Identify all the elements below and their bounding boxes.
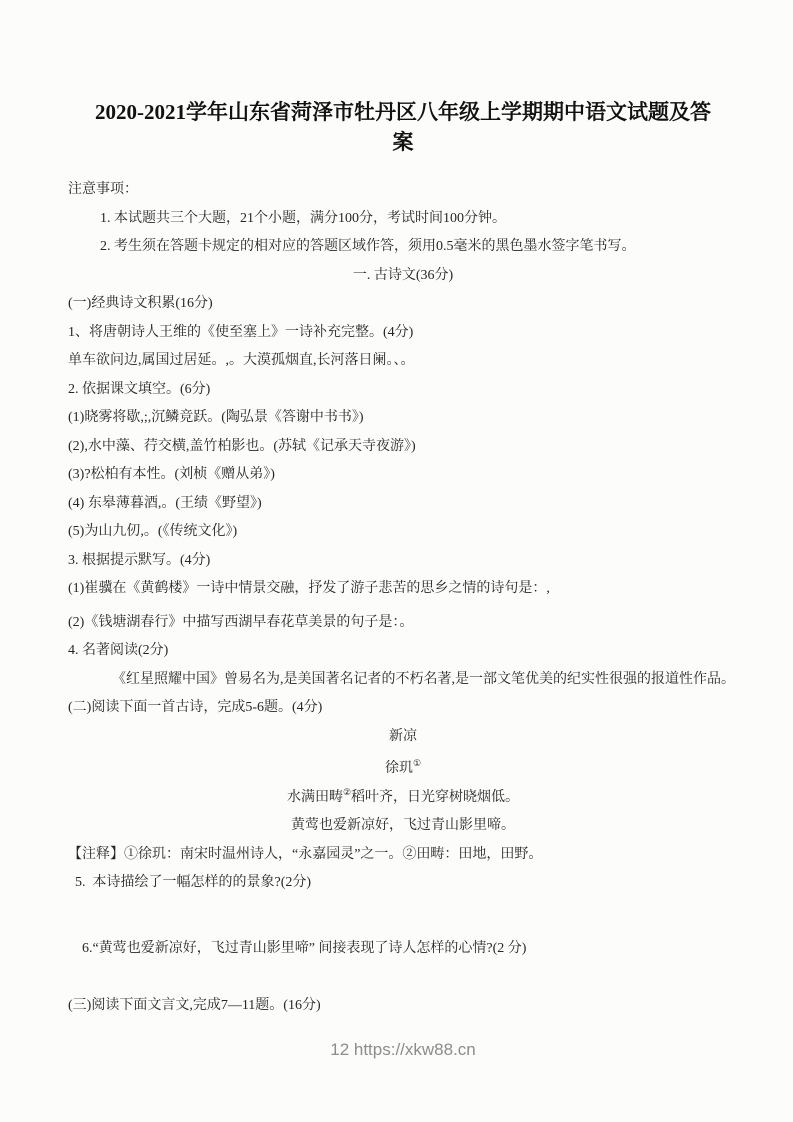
- poem-title: 新凉: [68, 723, 738, 752]
- footer-page-number-url: 12 https://xkw88.cn: [68, 1038, 738, 1062]
- q2-item: (5)为山九仞,。(《传统文化》): [68, 518, 738, 547]
- poem-author-name: 徐玑: [385, 761, 413, 776]
- q3-item: (2)《钱塘湖春行》中描写西湖早春花草美景的句子是：。: [68, 609, 738, 638]
- page-title: 2020-2021学年山东省菏泽市牡丹区八年级上学期期中语文试题及答案: [89, 97, 717, 157]
- q3-stem: 3. 根据提示默写。(4分): [68, 547, 738, 576]
- q2-item: (4) 东皋薄暮酒,。(王绩《野望》): [68, 490, 738, 519]
- notice-heading: 注意事项：: [68, 176, 738, 205]
- poem-line-1-pre: 水满田畴: [287, 790, 343, 805]
- q6-stem: 6.“黄莺也爱新凉好，飞过青山影里啼” 间接表现了诗人怎样的心情?(2 分): [68, 935, 738, 964]
- q4-passage: 《红星照耀中国》曾易名为,是美国著名记者的不朽名著,是一部文笔优美的纪实性很强的…: [62, 666, 738, 695]
- q2-item: (1)晓雾将歇,;,沉鳞竞跃。(陶弘景《答谢中书书》): [68, 404, 738, 433]
- q1-answer-line: 单车欲问边,属国过居延。,。大漠孤烟直,长河落日阑。、。: [68, 347, 738, 376]
- q2-item: (2),水中藻、荇交横,盖竹柏影也。(苏轼《记承天寺夜游》): [68, 433, 738, 462]
- q5-stem: 5. 本诗描绘了一幅怎样的的景象?(2分): [68, 869, 738, 898]
- q1-stem: 1、将唐朝诗人王维的《使至塞上》一诗补充完整。(4分): [68, 319, 738, 348]
- part-one-heading: (一)经典诗文积累(16分): [68, 290, 738, 319]
- part-three-heading: (三)阅读下面文言文,完成7—11题。(16分): [68, 992, 738, 1021]
- q2-item: (3)?松柏有本性。(刘桢《赠从弟》): [68, 461, 738, 490]
- poem-author-note-ref: ①: [413, 758, 421, 768]
- exam-page: 2020-2021学年山东省菏泽市牡丹区八年级上学期期中语文试题及答案 注意事项…: [0, 0, 793, 1122]
- notice-item-1: 1. 本试题共三个大题，21个小题，满分100分，考试时间100分钟。: [68, 205, 738, 234]
- notice-item-2: 2. 考生须在答题卡规定的相对应的答题区域作答，须用0.5毫米的黑色墨水签字笔书…: [68, 233, 738, 262]
- part-two-heading: (二)阅读下面一首古诗，完成5-6题。(4分): [68, 694, 738, 723]
- poem-author: 徐玑①: [68, 755, 738, 784]
- poem-line-1: 水满田畴②稻叶齐，日光穿树晓烟低。: [68, 784, 738, 813]
- poem-line-1-post: 稻叶齐，日光穿树晓烟低。: [351, 790, 519, 805]
- section-one-heading: 一. 古诗文(36分): [68, 262, 738, 291]
- q2-stem: 2. 依据课文填空。(6分): [68, 376, 738, 405]
- poem-line-1-note-ref: ②: [343, 787, 351, 797]
- poem-notes: 【注释】①徐玑：南宋时温州诗人，“永嘉园灵”之一。②田畴：田地，田野。: [68, 841, 738, 870]
- q3-item: (1)崔骥在《黄鹤楼》一诗中情景交融，抒发了游子悲苦的思乡之情的诗句是：,: [68, 575, 738, 604]
- q4-stem: 4. 名著阅读(2分): [68, 637, 738, 666]
- poem-line-2: 黄莺也爱新凉好，飞过青山影里啼。: [68, 812, 738, 841]
